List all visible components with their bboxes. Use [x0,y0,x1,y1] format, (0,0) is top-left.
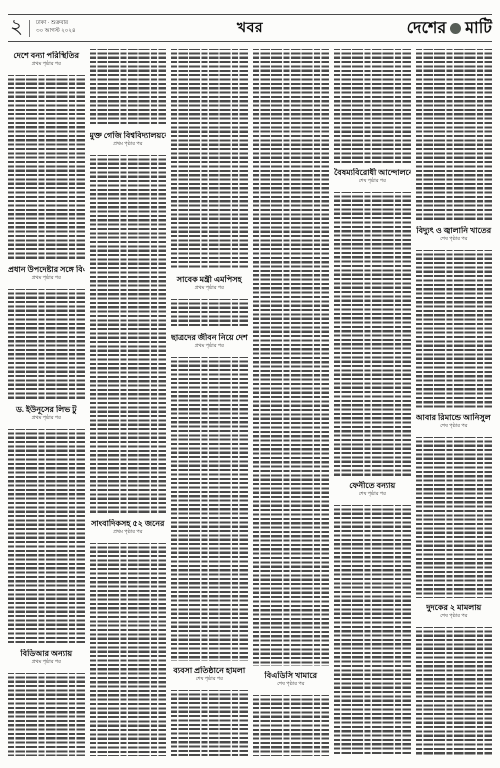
article-headline-students-country: ছাত্রদের জীবন নিয়ে দেশকে প্রথম পৃষ্ঠার … [171,330,248,356]
article-body-text [334,191,411,478]
continuation-label: প্রথম পৃষ্ঠার পর [90,141,167,148]
article-body-text [334,48,411,165]
article-body-text [90,154,167,516]
news-column-5: বৈষম্যবিরোধী আন্দোলনে শেষ পৃষ্ঠার পর ফেন… [334,48,411,758]
continuation-label: প্রথম পৃষ্ঠার পর [8,659,85,666]
continuation-label: শেষ পৃষ্ঠার পর [253,681,330,688]
news-column-4: বিএডিসি খামারে শেষ পৃষ্ঠার পর [253,48,330,758]
article-body-text [416,626,493,758]
article-headline-flood-situation: দেশে বন্যা পরিস্থিতির প্রথম পৃষ্ঠার পর [8,48,85,74]
article-headline-anisul-salman-remand: আবার রিমান্ডে আনিসুল সালমান শেষ পৃষ্ঠার … [416,410,493,436]
continuation-label: প্রথম পৃষ্ঠার পর [90,529,167,536]
headline-title: প্রধান উপদেষ্টার সঙ্গে বিএনপি [8,265,85,275]
article-body-text [334,504,411,758]
headline-title: বিডিআর অন্যায় [8,649,85,659]
article-body-text [8,428,85,646]
continuation-label: শেষ পৃষ্ঠার পর [416,423,493,430]
headline-title: ফেনীতে বন্যায় [334,481,411,491]
article-body-text [8,74,85,262]
newspaper-page: ২ ঢাকা · শুক্রবার ৩০ আগস্ট ২০২৪ খবর দেশে… [0,0,500,768]
headline-title: বিএডিসি খামারে [253,671,330,681]
news-column-2: মুক্ত গেজি বিশ্ববিদ্যালয়কে প্রথম পৃষ্ঠা… [90,48,167,758]
dateline: ঢাকা · শুক্রবার ৩০ আগস্ট ২০২৪ [36,20,76,36]
article-body-text [90,542,167,758]
continuation-label: শেষ পৃষ্ঠার পর [171,676,248,683]
article-headline-anti-discrimination: বৈষম্যবিরোধী আন্দোলনে শেষ পৃষ্ঠার পর [334,165,411,191]
headline-title: দুদকের ২ মামলায় [416,603,493,613]
continuation-label: শেষ পৃষ্ঠার পর [334,178,411,185]
header-divider [29,20,30,37]
continuation-label: প্রথম পৃষ্ঠার পর [8,61,85,68]
article-headline-journalists-52: সাংবাদিকসহ ৫২ জনের প্রথম পৃষ্ঠার পর [90,516,167,542]
news-column-6: বিদ্যুৎ ও জ্বালানি খাতের শেষ পৃষ্ঠার পর … [416,48,493,758]
article-body-text [253,694,330,758]
article-body-text [171,356,248,663]
headline-title: মুক্ত গেজি বিশ্ববিদ্যালয়কে [90,131,167,141]
continuation-label: শেষ পৃষ্ঠার পর [334,491,411,498]
header-left: ২ ঢাকা · শুক্রবার ৩০ আগস্ট ২০২৪ [8,17,237,39]
article-body-text [416,48,493,223]
article-body-text [253,48,330,668]
article-headline-open-university: মুক্ত গেজি বিশ্ববিদ্যালয়কে প্রথম পৃষ্ঠা… [90,128,167,154]
header-center: খবর [237,16,263,40]
headline-title: সাবেক মন্ত্রী এমপিসহ [171,275,248,285]
news-column-1: দেশে বন্যা পরিস্থিতির প্রথম পৃষ্ঠার পর প… [8,48,85,758]
article-headline-yunus-leave: ড. ইউনূসের লিভ টু প্রথম পৃষ্ঠার পর [8,402,85,428]
headline-title: সাংবাদিকসহ ৫২ জনের [90,519,167,529]
continuation-label: প্রথম পৃষ্ঠার পর [171,285,248,292]
article-headline-bdr-case: বিডিআর অন্যায় প্রথম পৃষ্ঠার পর [8,646,85,672]
headline-title: ড. ইউনূসের লিভ টু [8,405,85,415]
continuation-label: প্রথম পৃষ্ঠার পর [8,415,85,422]
masthead: দেশের মাটি [407,15,492,42]
article-body-text [8,672,85,758]
headline-title: ব্যবসা প্রতিষ্ঠানে হামলা [171,666,248,676]
article-headline-bnp-chief-adviser: প্রধান উপদেষ্টার সঙ্গে বিএনপি প্রথম পৃষ্… [8,262,85,288]
continuation-label: শেষ পৃষ্ঠার পর [416,236,493,243]
article-headline-power-energy: বিদ্যুৎ ও জ্বালানি খাতের শেষ পৃষ্ঠার পর [416,223,493,249]
headline-title: বিদ্যুৎ ও জ্বালানি খাতের [416,226,493,236]
page-number: ২ [8,17,29,39]
masthead-word-2: মাটি [465,15,492,42]
headline-title: আবার রিমান্ডে আনিসুল সালমান [416,413,493,423]
continuation-label: শেষ পৃষ্ঠার পর [416,613,493,620]
article-headline-badc-farm: বিএডিসি খামারে শেষ পৃষ্ঠার পর [253,668,330,694]
article-headline-ex-ministers-mps: সাবেক মন্ত্রী এমপিসহ প্রথম পৃষ্ঠার পর [171,272,248,298]
news-columns: দেশে বন্যা পরিস্থিতির প্রথম পৃষ্ঠার পর প… [8,48,492,758]
section-title: খবর [237,16,263,40]
masthead-logo-dot-icon [450,23,461,34]
headline-title: দেশে বন্যা পরিস্থিতির [8,51,85,61]
article-headline-acc-two-cases: দুদকের ২ মামলায় শেষ পৃষ্ঠার পর [416,600,493,626]
article-body-text [171,689,248,758]
article-headline-business-attack: ব্যবসা প্রতিষ্ঠানে হামলা শেষ পৃষ্ঠার পর [171,663,248,689]
dateline-date: ৩০ আগস্ট ২০২৪ [36,28,76,36]
masthead-word-1: দেশের [407,15,447,42]
article-headline-feni-flood: ফেনীতে বন্যায় শেষ পৃষ্ঠার পর [334,478,411,504]
article-body-text [171,48,248,272]
page-header: ২ ঢাকা · শুক্রবার ৩০ আগস্ট ২০২৪ খবর দেশে… [8,15,492,41]
article-body-text [90,48,167,128]
dateline-city-day: ঢাকা · শুক্রবার [36,20,76,28]
article-body-text [416,436,493,600]
headline-title: বৈষম্যবিরোধী আন্দোলনে [334,168,411,178]
header-right: দেশের মাটি [263,15,492,42]
news-column-3: সাবেক মন্ত্রী এমপিসহ প্রথম পৃষ্ঠার পর ছা… [171,48,248,758]
continuation-label: প্রথম পৃষ্ঠার পর [171,343,248,350]
article-body-text [171,298,248,330]
headline-title: ছাত্রদের জীবন নিয়ে দেশকে [171,333,248,343]
continuation-label: প্রথম পৃষ্ঠার পর [8,275,85,282]
article-body-text [8,288,85,402]
article-body-text [416,249,493,410]
